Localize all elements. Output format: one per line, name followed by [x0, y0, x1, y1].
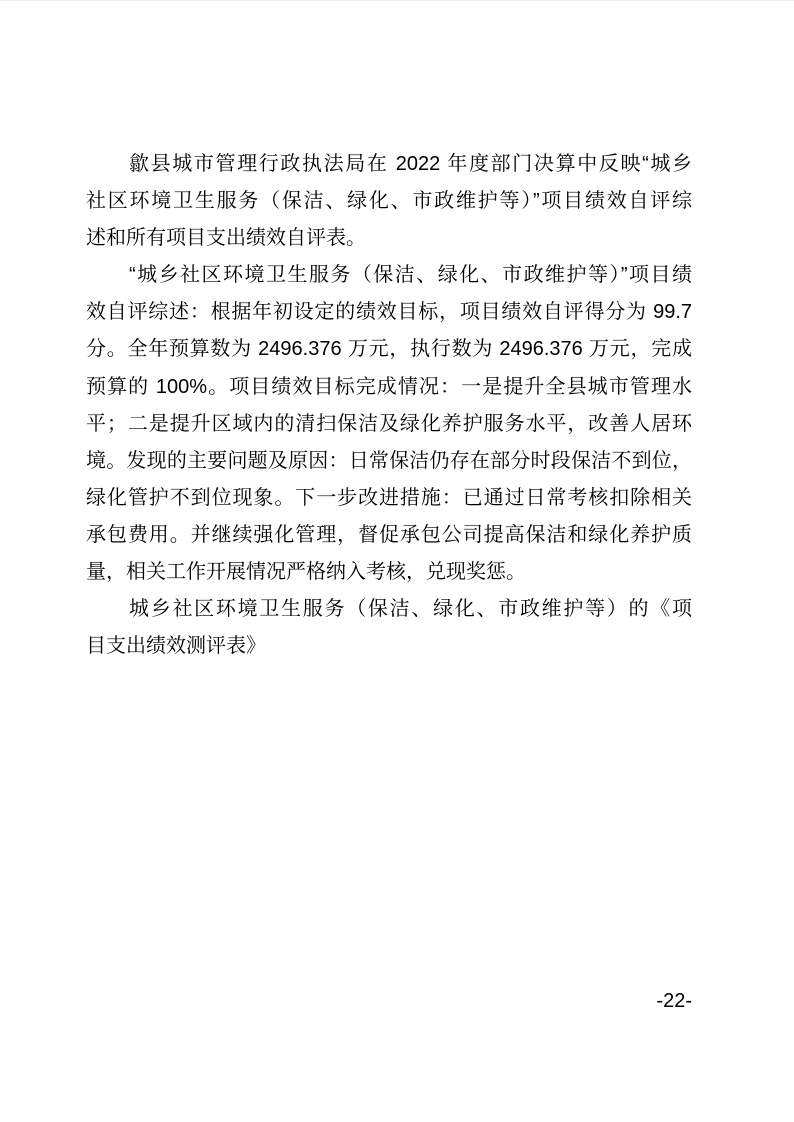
text-line: 歙县城市管理行政执法局在 2022 年度部门决算中反映“城乡: [86, 146, 692, 183]
text-line: 境。发现的主要问题及原因：日常保洁仍存在部分时段保洁不到位，: [86, 443, 692, 480]
paragraph: “城乡社区环境卫生服务（保洁、绿化、市政维护等）”项目绩 效自评综述：根据年初设…: [86, 257, 692, 591]
text-line: 述和所有项目支出绩效自评表。: [86, 220, 692, 257]
text-line: 城乡社区环境卫生服务（保洁、绿化、市政维护等）的《项: [86, 591, 692, 628]
document-page: 歙县城市管理行政执法局在 2022 年度部门决算中反映“城乡 社区环境卫生服务（…: [0, 0, 794, 1122]
text-line: 效自评综述：根据年初设定的绩效目标，项目绩效自评得分为 99.7: [86, 294, 692, 331]
text-line: 社区环境卫生服务（保洁、绿化、市政维护等）”项目绩效自评综: [86, 183, 692, 220]
text-line: 绿化管护不到位现象。下一步改进措施：已通过日常考核扣除相关: [86, 480, 692, 517]
text-line: 目支出绩效测评表》: [86, 628, 692, 665]
text-line: 平；二是提升区域内的清扫保洁及绿化养护服务水平，改善人居环: [86, 406, 692, 443]
document-body: 歙县城市管理行政执法局在 2022 年度部门决算中反映“城乡 社区环境卫生服务（…: [86, 146, 692, 665]
text-line: 预算的 100%。项目绩效目标完成情况：一是提升全县城市管理水: [86, 369, 692, 406]
paragraph: 歙县城市管理行政执法局在 2022 年度部门决算中反映“城乡 社区环境卫生服务（…: [86, 146, 692, 257]
paragraph: 城乡社区环境卫生服务（保洁、绿化、市政维护等）的《项 目支出绩效测评表》: [86, 591, 692, 665]
text-line: “城乡社区环境卫生服务（保洁、绿化、市政维护等）”项目绩: [86, 257, 692, 294]
text-line: 承包费用。并继续强化管理，督促承包公司提高保洁和绿化养护质: [86, 517, 692, 554]
page-number: -22-: [86, 989, 692, 1013]
text-line: 分。全年预算数为 2496.376 万元，执行数为 2496.376 万元，完成: [86, 331, 692, 368]
text-line: 量，相关工作开展情况严格纳入考核，兑现奖惩。: [86, 554, 692, 591]
